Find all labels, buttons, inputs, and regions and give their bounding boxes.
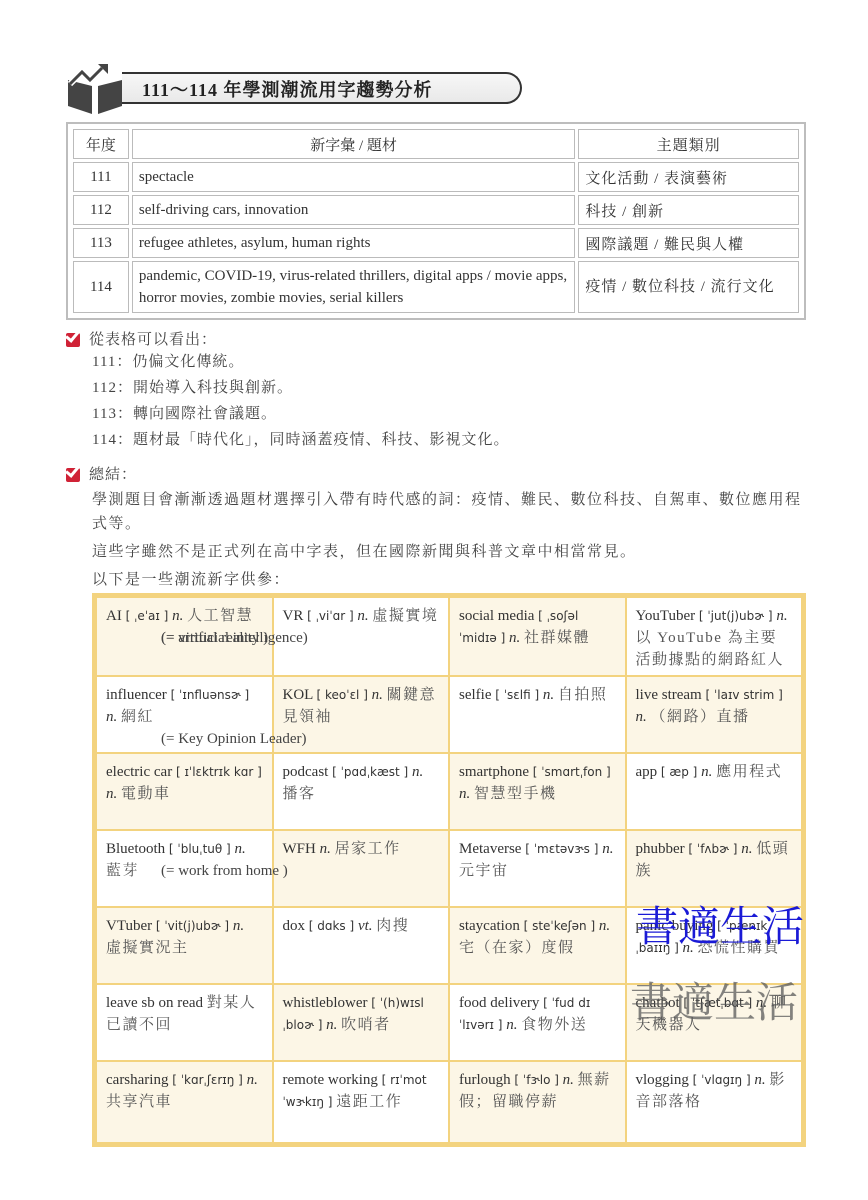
vocab-ipa: [ ˈsɛlfi ] xyxy=(495,688,539,702)
cell-theme: 科技 / 創新 xyxy=(578,195,799,225)
vocab-row: AI [ ˌeˈaɪ ] n. 人工智慧(= artificial intell… xyxy=(96,597,802,676)
table-header-row: 年度 新字彙 / 題材 主題類別 xyxy=(73,129,799,159)
vocab-pos: n. xyxy=(412,764,423,780)
vocab-row: influencer [ ˈɪnfluənsɚ ] n. 網紅KOL [ keo… xyxy=(96,676,802,753)
observation-line: 111：仍偏文化傳統。 xyxy=(66,349,509,375)
summary-paragraph: 以下是一些潮流新字供參： xyxy=(66,568,806,592)
section-header: 111～114 年學測潮流用字趨勢分析 xyxy=(64,62,464,114)
vocab-translation: 以 YouTube 為主要活動據點的網路紅人 xyxy=(636,630,785,668)
vocab-pos: n. xyxy=(459,786,470,802)
summary-heading: 總結： xyxy=(89,463,137,484)
vocab-cell: food delivery [ ˈfud dɪˈlɪvərɪ ] n. 食物外送 xyxy=(449,984,626,1061)
vocab-ipa: [ ˈvlɑgɪŋ ] xyxy=(693,1073,751,1087)
vocab-ipa: [ ˈjut(j)ubɚ ] xyxy=(699,609,773,623)
vocab-note: (= Key Opinion Leader) xyxy=(161,728,307,750)
vocab-translation: 社群媒體 xyxy=(524,630,590,646)
checkbox-checked-icon xyxy=(66,465,83,482)
column-header-words: 新字彙 / 題材 xyxy=(132,129,575,159)
cell-year: 112 xyxy=(73,195,129,225)
vocab-pos: n. xyxy=(234,841,245,857)
vocab-translation: 虛擬實境 xyxy=(372,608,438,624)
vocab-ipa: [ ˈkɑrˌʃɛrɪŋ ] xyxy=(172,1073,243,1087)
vocab-cell: whistleblower [ ˈ(h)wɪslˌbloɚ ] n. 吹哨者 xyxy=(273,984,450,1061)
vocab-pos: n. xyxy=(357,608,368,624)
checkbox-checked-icon xyxy=(66,330,83,347)
vocab-pos: n. xyxy=(683,940,694,956)
vocab-pos: n. xyxy=(320,841,331,857)
vocab-word: chatbot xyxy=(636,995,680,1011)
vocab-translation: 共享汽車 xyxy=(106,1094,172,1110)
vocab-pos: n. xyxy=(776,608,787,624)
vocab-word: VR xyxy=(283,608,304,624)
vocab-pos: n. xyxy=(563,1072,574,1088)
cell-words: pandemic, COVID-19, virus-related thrill… xyxy=(132,261,575,313)
vocab-ipa: [ keoˈɛl ] xyxy=(317,688,368,702)
observation-line: 112：開始導入科技與創新。 xyxy=(66,375,509,401)
cell-year: 113 xyxy=(73,228,129,258)
vocab-cell: vlogging [ ˈvlɑgɪŋ ] n. 影音部落格 xyxy=(626,1061,803,1143)
vocab-word: dox xyxy=(283,918,306,934)
vocab-ipa: [ ˈɪnfluənsɚ ] xyxy=(171,688,250,702)
vocab-cell: Metaverse [ ˈmɛtəvɝs ] n. 元宇宙 xyxy=(449,830,626,907)
vocab-pos: n. xyxy=(106,786,117,802)
vocab-translation: 自拍照 xyxy=(558,687,608,703)
vocab-pos: n. xyxy=(599,918,610,934)
vocab-cell: WFH n. 居家工作(= work from home ) xyxy=(273,830,450,907)
vocab-cell: furlough [ ˈfɝlo ] n. 無薪假；留職停薪 xyxy=(449,1061,626,1143)
vocab-word: VTuber xyxy=(106,918,152,934)
cell-words: spectacle xyxy=(132,162,575,192)
vocab-cell: chatbot [ ˈtʃætˌbɑt ] n. 聊天機器人 xyxy=(626,984,803,1061)
vocab-cell: electric car [ ɪˈlɛktrɪk kɑr ] n. 電動車 xyxy=(96,753,273,830)
vocab-pos: n. xyxy=(326,1017,337,1033)
column-header-theme: 主題類別 xyxy=(578,129,799,159)
vocab-translation: 食物外送 xyxy=(521,1017,587,1033)
vocab-translation: 應用程式 xyxy=(716,764,782,780)
page-title: 111～114 年學測潮流用字趨勢分析 xyxy=(142,76,433,102)
vocab-translation: 居家工作 xyxy=(335,841,401,857)
observation-line: 113：轉向國際社會議題。 xyxy=(66,401,509,427)
vocab-ipa: [ ˌeˈaɪ ] xyxy=(126,609,169,623)
table-row: 113 refugee athletes, asylum, human righ… xyxy=(73,228,799,258)
vocab-word: AI xyxy=(106,608,122,624)
vocab-translation: 恐慌性購買 xyxy=(698,940,781,956)
cell-year: 111 xyxy=(73,162,129,192)
summary-paragraph: 學測題目會漸漸透過題材選擇引入帶有時代感的詞：疫情、難民、數位科技、自駕車、數位… xyxy=(66,488,806,536)
vocab-cell: live stream [ ˈlaɪv strim ] n. （網路）直播 xyxy=(626,676,803,753)
vocab-cell: carsharing [ ˈkɑrˌʃɛrɪŋ ] n. 共享汽車 xyxy=(96,1061,273,1143)
vocab-note: (= work from home ) xyxy=(161,860,288,882)
table-row: 112 self-driving cars, innovation 科技 / 創… xyxy=(73,195,799,225)
vocab-pos: n. xyxy=(509,630,520,646)
vocab-ipa: [ ˈlaɪv strim ] xyxy=(705,688,782,702)
vocab-cell: panic buying [ ˈpænɪk ˌbaɪɪŋ ] n. 恐慌性購買 xyxy=(626,907,803,984)
vocab-word: KOL xyxy=(283,687,313,703)
cell-theme: 文化活動 / 表演藝術 xyxy=(578,162,799,192)
vocab-ipa: [ ˈsmɑrtˌfon ] xyxy=(533,765,611,779)
vocab-word: Bluetooth xyxy=(106,841,165,857)
vocab-pos: n. xyxy=(172,608,183,624)
vocab-pos: n. xyxy=(247,1072,258,1088)
book-trend-arrow-icon xyxy=(64,62,126,114)
observations-section: 從表格可以看出： 111：仍偏文化傳統。 112：開始導入科技與創新。 113：… xyxy=(66,327,509,453)
vocab-word: smartphone xyxy=(459,764,529,780)
vocab-translation: 吹哨者 xyxy=(341,1017,391,1033)
vocab-cell: KOL [ keoˈɛl ] n. 關鍵意見領袖(= Key Opinion L… xyxy=(273,676,450,753)
vocab-pos: n. xyxy=(756,995,767,1011)
vocab-cell: YouTuber [ ˈjut(j)ubɚ ] n. 以 YouTube 為主要… xyxy=(626,597,803,676)
column-header-year: 年度 xyxy=(73,129,129,159)
vocab-pos: n. xyxy=(701,764,712,780)
vocab-cell: podcast [ ˈpɑdˌkæst ] n. 播客 xyxy=(273,753,450,830)
vocab-word: leave sb on read xyxy=(106,995,203,1011)
vocab-pos: n. xyxy=(741,841,752,857)
vocab-ipa: [ æp ] xyxy=(661,765,697,779)
vocab-ipa: [ ˈfʌbɚ ] xyxy=(688,842,737,856)
vocab-cell: app [ æp ] n. 應用程式 xyxy=(626,753,803,830)
cell-words: self-driving cars, innovation xyxy=(132,195,575,225)
vocab-translation: 宅（在家）度假 xyxy=(459,940,575,956)
vocab-translation: （網路）直播 xyxy=(651,709,750,725)
cell-year: 114 xyxy=(73,261,129,313)
vocab-ipa: [ ˈpɑdˌkæst ] xyxy=(332,765,408,779)
vocab-pos: n. xyxy=(754,1072,765,1088)
vocab-word: selfie xyxy=(459,687,491,703)
trend-table: 年度 新字彙 / 題材 主題類別 111 spectacle 文化活動 / 表演… xyxy=(66,122,806,320)
vocab-word: live stream xyxy=(636,687,702,703)
vocab-cell: remote working [ rɪˈmot ˈwɝkɪŋ ] 遠距工作 xyxy=(273,1061,450,1143)
vocab-cell: staycation [ steˈkeʃən ] n. 宅（在家）度假 xyxy=(449,907,626,984)
observation-line: 114：題材最「時代化」，同時涵蓋疫情、科技、影視文化。 xyxy=(66,427,509,453)
vocab-ipa: [ ˈbluˌtuθ ] xyxy=(169,842,231,856)
vocab-translation: 網紅 xyxy=(121,709,154,725)
vocab-translation: 肉搜 xyxy=(376,918,409,934)
vocab-word: food delivery xyxy=(459,995,539,1011)
vocab-cell: dox [ dɑks ] vt. 肉搜 xyxy=(273,907,450,984)
vocab-cell: smartphone [ ˈsmɑrtˌfon ] n. 智慧型手機 xyxy=(449,753,626,830)
table-row: 111 spectacle 文化活動 / 表演藝術 xyxy=(73,162,799,192)
vocab-translation: 智慧型手機 xyxy=(474,786,557,802)
vocab-cell: phubber [ ˈfʌbɚ ] n. 低頭族 xyxy=(626,830,803,907)
vocab-cell: VTuber [ ˈvit(j)ubɚ ] n. 虛擬實況主 xyxy=(96,907,273,984)
vocab-pos: n. xyxy=(543,687,554,703)
vocab-word: electric car xyxy=(106,764,172,780)
vocab-pos: n. xyxy=(602,841,613,857)
observations-heading: 從表格可以看出： xyxy=(89,328,217,349)
vocab-pos: vt. xyxy=(358,918,373,934)
vocab-word: phubber xyxy=(636,841,685,857)
vocab-ipa: [ ɪˈlɛktrɪk kɑr ] xyxy=(176,765,262,779)
vocab-row: carsharing [ ˈkɑrˌʃɛrɪŋ ] n. 共享汽車remote … xyxy=(96,1061,802,1143)
vocab-word: social media xyxy=(459,608,534,624)
vocab-cell: leave sb on read 對某人已讀不回 xyxy=(96,984,273,1061)
vocab-pos: n. xyxy=(233,918,244,934)
vocab-word: influencer xyxy=(106,687,167,703)
vocab-word: app xyxy=(636,764,658,780)
vocab-word: remote working xyxy=(283,1072,378,1088)
vocab-ipa: [ steˈkeʃən ] xyxy=(524,919,596,933)
vocab-translation: 播客 xyxy=(283,786,316,802)
vocab-row: leave sb on read 對某人已讀不回whistleblower [ … xyxy=(96,984,802,1061)
vocab-ipa: [ ˈvit(j)ubɚ ] xyxy=(156,919,229,933)
vocab-word: vlogging xyxy=(636,1072,689,1088)
vocab-word: Metaverse xyxy=(459,841,521,857)
vocab-word: carsharing xyxy=(106,1072,168,1088)
vocab-pos: n. xyxy=(636,709,647,725)
cell-words: refugee athletes, asylum, human rights xyxy=(132,228,575,258)
vocab-note: (= virtual reality ) xyxy=(161,627,268,649)
vocab-row: Bluetooth [ ˈbluˌtuθ ] n. 藍芽WFH n. 居家工作(… xyxy=(96,830,802,907)
vocab-word: podcast xyxy=(283,764,329,780)
vocab-word: YouTuber xyxy=(636,608,696,624)
vocab-ipa: [ ˌviˈɑr ] xyxy=(307,609,354,623)
vocab-word: whistleblower xyxy=(283,995,368,1011)
vocab-translation: 電動車 xyxy=(121,786,171,802)
cell-theme: 疫情 / 數位科技 / 流行文化 xyxy=(578,261,799,313)
vocab-ipa: [ ˈtʃætˌbɑt ] xyxy=(683,996,752,1010)
vocab-translation: 虛擬實況主 xyxy=(106,940,189,956)
table-row: 114 pandemic, COVID-19, virus-related th… xyxy=(73,261,799,313)
vocab-pos: n. xyxy=(106,709,117,725)
vocab-ipa: [ ˈmɛtəvɝs ] xyxy=(525,842,598,856)
cell-theme: 國際議題 / 難民與人權 xyxy=(578,228,799,258)
vocab-cell: selfie [ ˈsɛlfi ] n. 自拍照 xyxy=(449,676,626,753)
vocab-word: furlough xyxy=(459,1072,511,1088)
vocab-translation: 藍芽 xyxy=(106,863,139,879)
vocab-cell: social media [ ˌsoʃəl ˈmidɪə ] n. 社群媒體 xyxy=(449,597,626,676)
vocab-translation: 元宇宙 xyxy=(459,863,509,879)
vocab-row: VTuber [ ˈvit(j)ubɚ ] n. 虛擬實況主dox [ dɑks… xyxy=(96,907,802,984)
vocab-word: panic buying xyxy=(636,918,714,934)
vocab-word: WFH xyxy=(283,841,316,857)
vocab-pos: n. xyxy=(372,687,383,703)
vocab-ipa: [ ˈfɝlo ] xyxy=(514,1073,559,1087)
vocab-pos: n. xyxy=(506,1017,517,1033)
vocab-row: electric car [ ɪˈlɛktrɪk kɑr ] n. 電動車pod… xyxy=(96,753,802,830)
vocab-translation: 人工智慧 xyxy=(187,608,253,624)
summary-section: 總結： 學測題目會漸漸透過題材選擇引入帶有時代感的詞：疫情、難民、數位科技、自駕… xyxy=(66,462,806,596)
vocab-word: staycation xyxy=(459,918,520,934)
vocab-ipa: [ dɑks ] xyxy=(309,919,354,933)
summary-paragraph: 這些字雖然不是正式列在高中字表，但在國際新聞與科普文章中相當常見。 xyxy=(66,540,806,564)
vocab-grid: AI [ ˌeˈaɪ ] n. 人工智慧(= artificial intell… xyxy=(92,593,806,1147)
vocab-translation: 遠距工作 xyxy=(336,1094,402,1110)
